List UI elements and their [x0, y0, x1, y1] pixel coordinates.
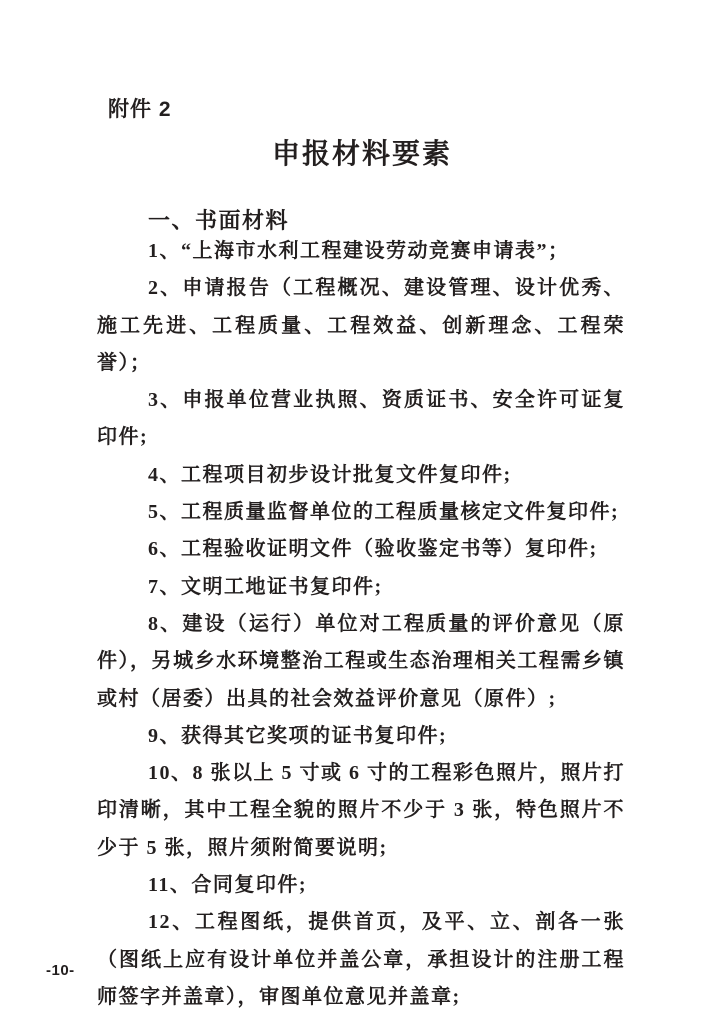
list-item-3: 3、申报单位营业执照、资质证书、安全许可证复印件;: [97, 382, 625, 457]
attachment-label: 附件 2: [108, 93, 172, 123]
list-item-11: 11、合同复印件;: [97, 867, 625, 904]
list-item-12: 12、工程图纸，提供首页，及平、立、剖各一张（图纸上应有设计单位并盖公章，承担设…: [97, 904, 625, 1016]
list-item-2: 2、申请报告（工程概况、建设管理、设计优秀、施工先进、工程质量、工程效益、创新理…: [97, 270, 625, 382]
list-item-6: 6、工程验收证明文件（验收鉴定书等）复印件;: [97, 531, 625, 568]
list-item-8: 8、建设（运行）单位对工程质量的评价意见（原件），另城乡水环境整治工程或生态治理…: [97, 606, 625, 718]
body-text: 1、“上海市水利工程建设劳动竞赛申请表”； 2、申请报告（工程概况、建设管理、设…: [97, 233, 625, 1016]
list-item-10: 10、8 张以上 5 寸或 6 寸的工程彩色照片，照片打印清晰，其中工程全貌的照…: [97, 755, 625, 867]
list-item-7: 7、文明工地证书复印件;: [97, 569, 625, 606]
list-item-4: 4、工程项目初步设计批复文件复印件;: [97, 457, 625, 494]
list-item-5: 5、工程质量监督单位的工程质量核定文件复印件;: [97, 494, 625, 531]
page-title: 申报材料要素: [0, 132, 724, 172]
page-number: -10-: [46, 962, 75, 979]
list-item-9: 9、获得其它奖项的证书复印件;: [97, 718, 625, 755]
list-item-1: 1、“上海市水利工程建设劳动竞赛申请表”；: [97, 233, 625, 270]
section-heading: 一、书面材料: [148, 204, 289, 235]
document-page: 附件 2 申报材料要素 一、书面材料 1、“上海市水利工程建设劳动竞赛申请表”；…: [0, 0, 724, 1024]
